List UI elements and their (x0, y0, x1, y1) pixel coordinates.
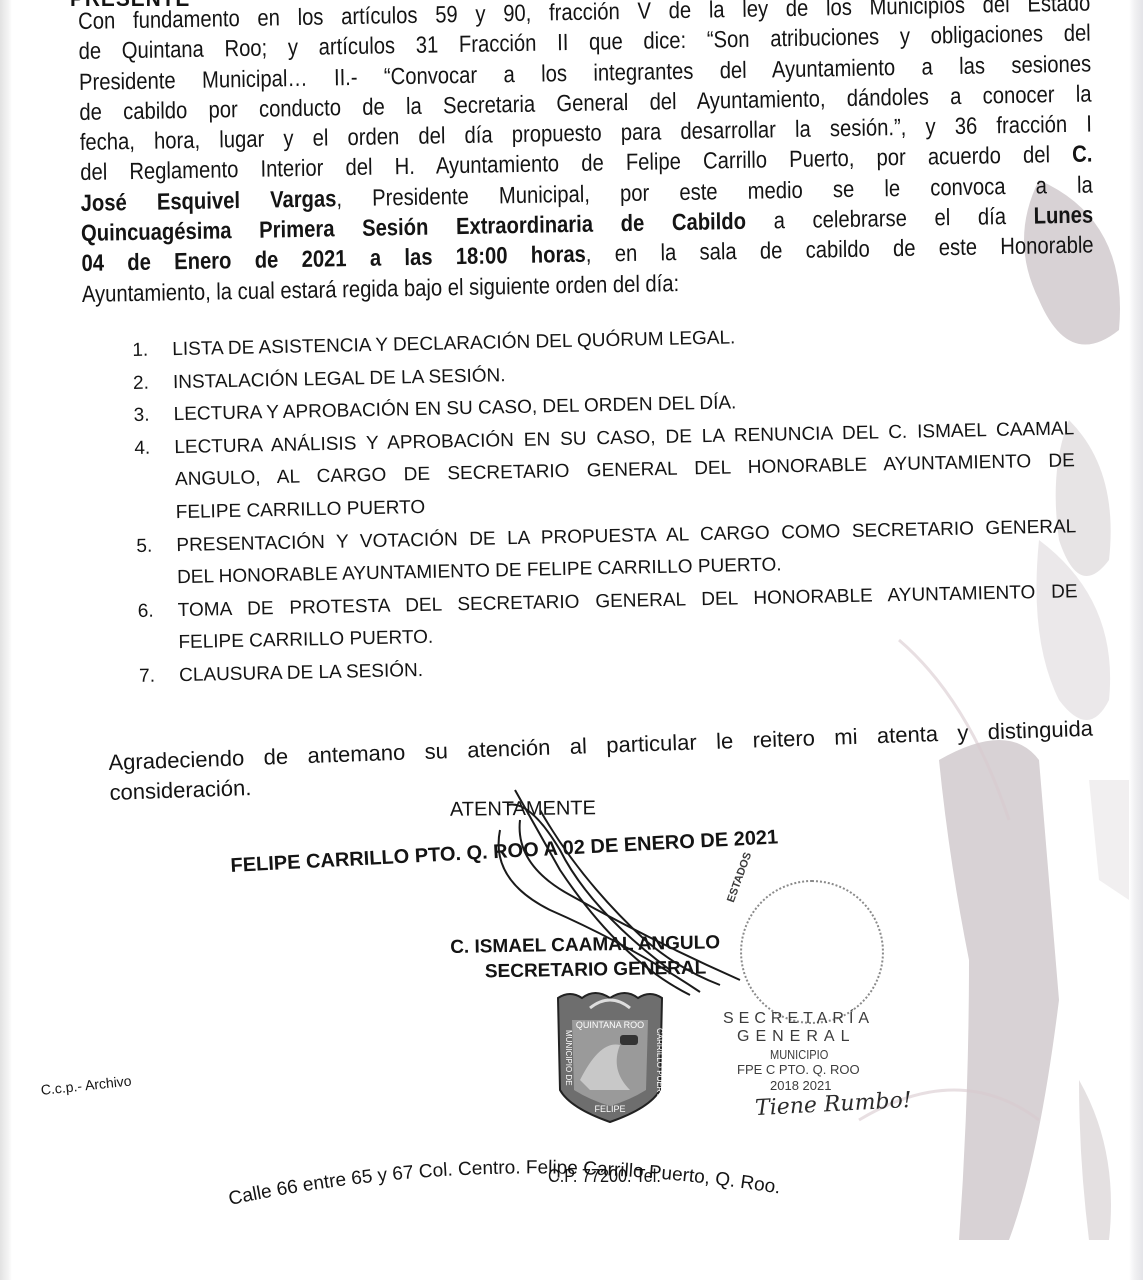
municipal-coat-of-arms: QUINTANA ROO FELIPE MUNICIPIO DE CARRILL… (550, 990, 670, 1125)
convocation-paragraph: Con fundamento en los artículos 59 y 90,… (78, 0, 1094, 309)
closing-line-1: Agradeciendo de antemano su atención al … (108, 714, 1093, 778)
svg-text:FELIPE: FELIPE (594, 1104, 625, 1114)
seal-ring (740, 880, 884, 1024)
atentamente-label: ATENTAMENTE (450, 797, 596, 822)
agenda-number: 3. (133, 399, 174, 432)
agenda-text: LECTURA ANÁLISIS Y APROBACIÓN EN SU CASO… (174, 413, 1096, 530)
secretaria-general-seal: ESTADOS SECRETARÍA GENERAL MUNICIPIO FPE… (715, 870, 915, 1130)
address-postal-code: C.P. 77200. Tel. (548, 1166, 661, 1187)
svg-text:CARRILLO PUERTO: CARRILLO PUERTO (655, 1028, 664, 1103)
svg-text:QUINTANA ROO: QUINTANA ROO (576, 1020, 644, 1030)
closing-line-2: consideración. (109, 775, 252, 805)
agenda-number: 2. (133, 367, 174, 400)
agenda-number: 1. (132, 334, 173, 367)
agenda-number: 5. (136, 530, 177, 596)
page-edge-right (1129, 0, 1143, 1280)
signer-role: SECRETARIO GENERAL (450, 955, 720, 985)
seal-line-3: MUNICIPIO (770, 1047, 828, 1062)
footer-address: Calle 66 entre 65 y 67 Col. Centro. Feli… (230, 1130, 910, 1220)
page-edge-left (0, 0, 12, 1280)
agenda-list: 1.LISTA DE ASISTENCIA Y DECLARACIÓN DEL … (132, 315, 1099, 694)
seal-line-5: 2018 2021 (770, 1078, 831, 1093)
agenda-number: 4. (134, 432, 176, 531)
seal-line-4: FPE C PTO. Q. ROO (737, 1062, 860, 1077)
svg-text:MUNICIPIO DE: MUNICIPIO DE (564, 1030, 573, 1086)
seal-line-1: SECRETARÍA (723, 1010, 874, 1028)
signer-block: C. ISMAEL CAAMAL ANGULO SECRETARIO GENER… (450, 930, 721, 985)
agenda-number: 7. (139, 660, 180, 693)
seal-line-2: GENERAL (737, 1028, 855, 1046)
closing-paragraph: Agradeciendo de antemano su atención al … (108, 713, 1109, 808)
svg-text:Calle 66 entre 65 y 67 Col. Ce: Calle 66 entre 65 y 67 Col. Centro. Feli… (227, 1157, 782, 1209)
agenda-number: 6. (137, 595, 178, 661)
